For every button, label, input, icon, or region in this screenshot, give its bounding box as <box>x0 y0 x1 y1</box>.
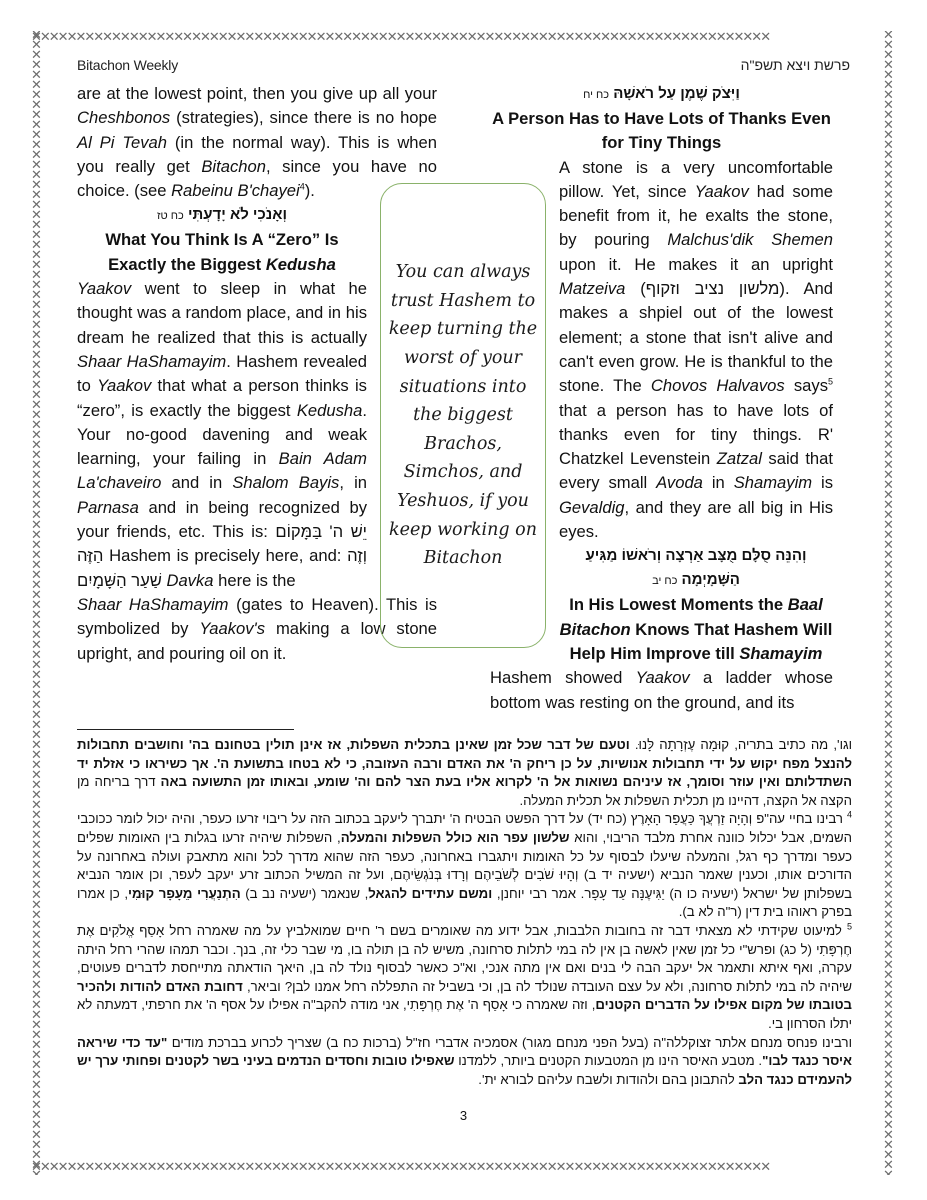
footnotes-section: וגו', מה כתיב בתריה, קוּמָה עֶזְרָתָה לָ… <box>77 736 852 1089</box>
page-header: Bitachon Weekly פרשת ויצא תשפ"ה <box>77 57 850 77</box>
paragraph-stone: A stone is a very uncomfortable pillow. … <box>490 156 833 545</box>
footnote-5-continued: ורבינו פנחס מנחם אלתר זצוקללה"ה (בעל הפנ… <box>77 1034 852 1090</box>
footnote-5: 5 למיעוט שקידתי לא מצאתי דבר זה בחובות ה… <box>77 922 852 1034</box>
paragraph-intro: are at the lowest point, then you give u… <box>77 82 437 203</box>
publication-name: Bitachon Weekly <box>77 57 178 73</box>
footnote-continuation: וגו', מה כתיב בתריה, קוּמָה עֶזְרָתָה לָ… <box>77 736 852 810</box>
right-column: וַיִּצֹק שֶׁמֶן עַל רֹאשָׁהּ כח יח A Per… <box>490 82 833 715</box>
paragraph-zero: Yaakov went to sleep in what he thought … <box>77 277 367 593</box>
section-title: A Person Has to Have Lots of Thanks Even… <box>490 107 833 156</box>
footnote-separator <box>77 729 294 730</box>
section-hebrew-verse: וְאָנֹכִי לֹא יָדָעְתִּי כח טז <box>77 203 367 228</box>
section-title: In His Lowest Moments the Baal Bitachon … <box>559 593 833 666</box>
parsha-title: פרשת ויצא תשפ"ה <box>741 57 850 73</box>
section-hebrew-verse: וַיִּצֹק שֶׁמֶן עַל רֹאשָׁהּ כח יח <box>490 82 833 107</box>
border-right-pattern: ✕✕✕✕✕✕✕✕✕✕✕✕✕✕✕✕✕✕✕✕✕✕✕✕✕✕✕✕✕✕✕✕✕✕✕✕✕✕✕✕… <box>883 31 897 1175</box>
border-bottom-pattern: ✕✕✕✕✕✕✕✕✕✕✕✕✕✕✕✕✕✕✕✕✕✕✕✕✕✕✕✕✕✕✕✕✕✕✕✕✕✕✕✕… <box>31 1161 897 1175</box>
border-left-pattern: ✕✕✕✕✕✕✕✕✕✕✕✕✕✕✕✕✕✕✕✕✕✕✕✕✕✕✕✕✕✕✕✕✕✕✕✕✕✕✕✕… <box>31 31 45 1175</box>
footnote-4: 4 רבינו בחיי עה"פ וְהָיָה זַרְעֲךָ כַּעֲ… <box>77 810 852 922</box>
page-number: 3 <box>0 1108 927 1123</box>
paragraph-ladder: Hashem showed Yaakov a ladder whose bott… <box>490 666 833 715</box>
section-title: What You Think Is A “Zero” Is Exactly th… <box>77 228 367 277</box>
section-hebrew-verse: וְהִנֵּה סֻלָּם מֻצָּב אַרְצָה וְרֹאשׁוֹ… <box>559 544 833 593</box>
footnote-ref-5[interactable]: 5 <box>828 377 833 387</box>
border-top-pattern: ✕✕✕✕✕✕✕✕✕✕✕✕✕✕✕✕✕✕✕✕✕✕✕✕✕✕✕✕✕✕✕✕✕✕✕✕✕✕✕✕… <box>31 31 897 45</box>
section-ladder-header: וְהִנֵּה סֻלָּם מֻצָּב אַרְצָה וְרֹאשׁוֹ… <box>559 544 833 666</box>
